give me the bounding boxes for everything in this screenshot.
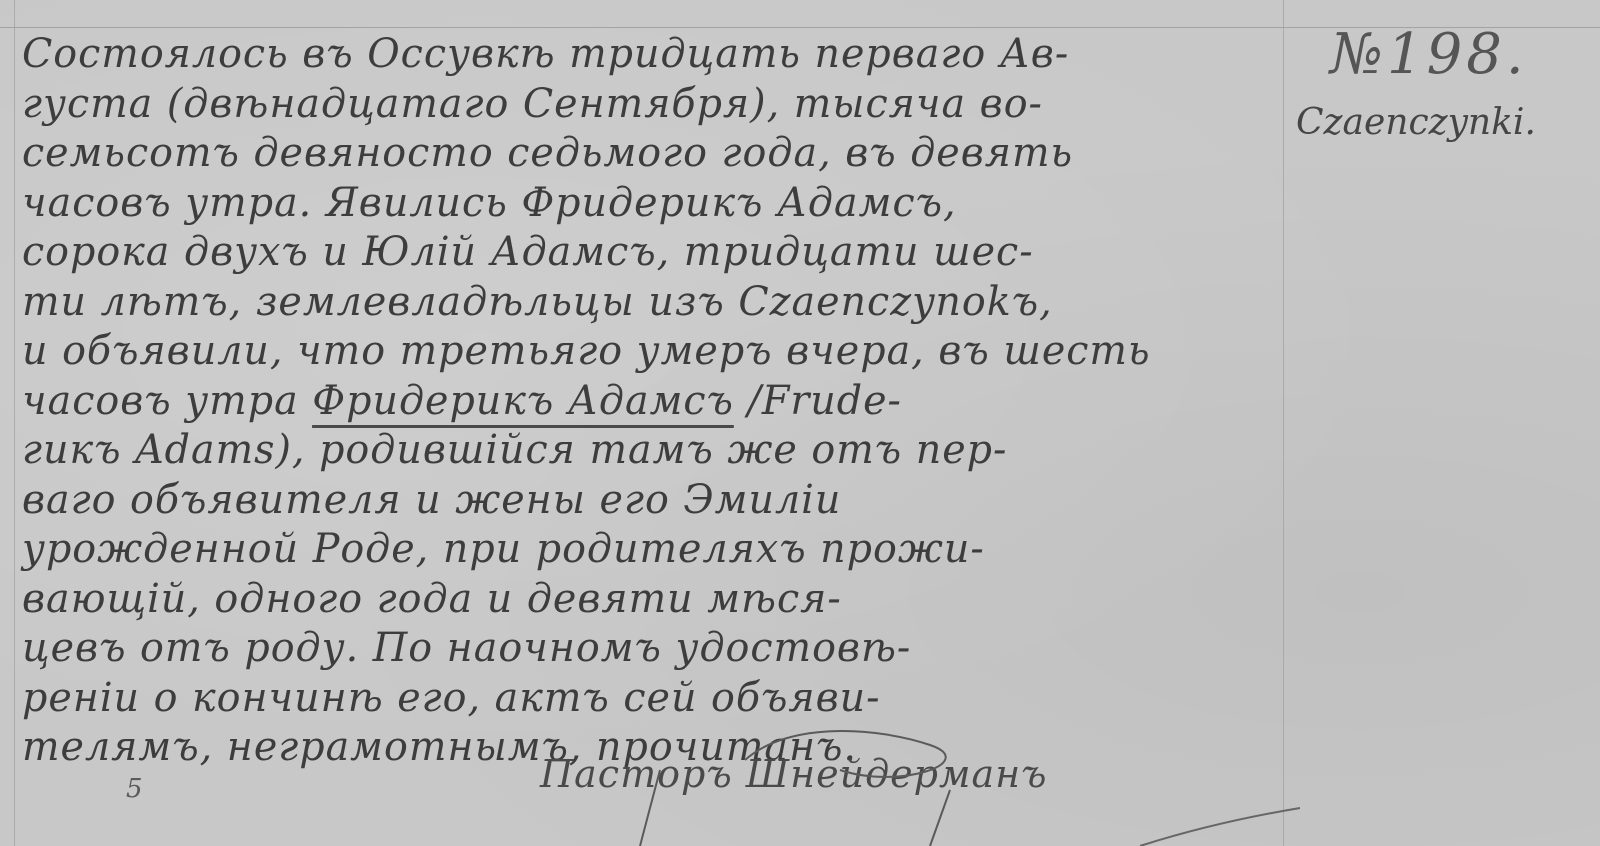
record-line: гикъ Adams), родившійся тамъ же отъ пер- [22,426,1271,476]
record-line: Состоялось въ Оссувкѣ тридцать перваго А… [22,30,1271,80]
document-page: №198. Czaenczynki. Состоялось въ Оссувкѣ… [0,0,1600,846]
record-line: густа (двѣнадцатаго Сентября), тысяча во… [22,80,1271,130]
record-line-with-name: часовъ утра Фридерикъ Адамсъ /Frude- [22,377,1271,427]
record-line: цевъ отъ роду. По наочномъ удостовѣ- [22,624,1271,674]
pastor-signature: Пасторъ Шнейдерманъ [540,752,1048,796]
record-line: ти лѣтъ, землевладѣльцы изъ Czaenczynokъ… [22,278,1271,328]
record-line: урожденной Роде, при родителяхъ прожи- [22,525,1271,575]
name-continuation: /Frude- [748,378,902,424]
record-body: Состоялось въ Оссувкѣ тридцать перваго А… [22,30,1284,773]
record-number-prefix: № [1330,22,1387,87]
record-line: семьсотъ девяносто седьмого года, въ дев… [22,129,1271,179]
record-line: реніи о кончинѣ его, актъ сей объяви- [22,674,1271,724]
record-line: сорока двухъ и Юлій Адамсъ, тридцати шес… [22,228,1271,278]
village-name: Czaenczynki. [1296,102,1536,143]
record-number: №198. [1330,22,1528,87]
corner-mark: 5 [126,774,143,804]
record-line-start: часовъ утра [22,378,299,424]
record-number-value: 198. [1387,22,1528,87]
deceased-name-underlined: Фридерикъ Адамсъ [312,378,734,428]
record-line: вающій, одного года и девяти мѣся- [22,575,1271,625]
record-line: и объявили, что третьяго умеръ вчера, въ… [22,327,1271,377]
record-line: часовъ утра. Явились Фридерикъ Адамсъ, [22,179,1271,229]
left-margin-line [14,0,15,846]
record-line: ваго объявителя и жены его Эмиліи [22,476,1271,526]
